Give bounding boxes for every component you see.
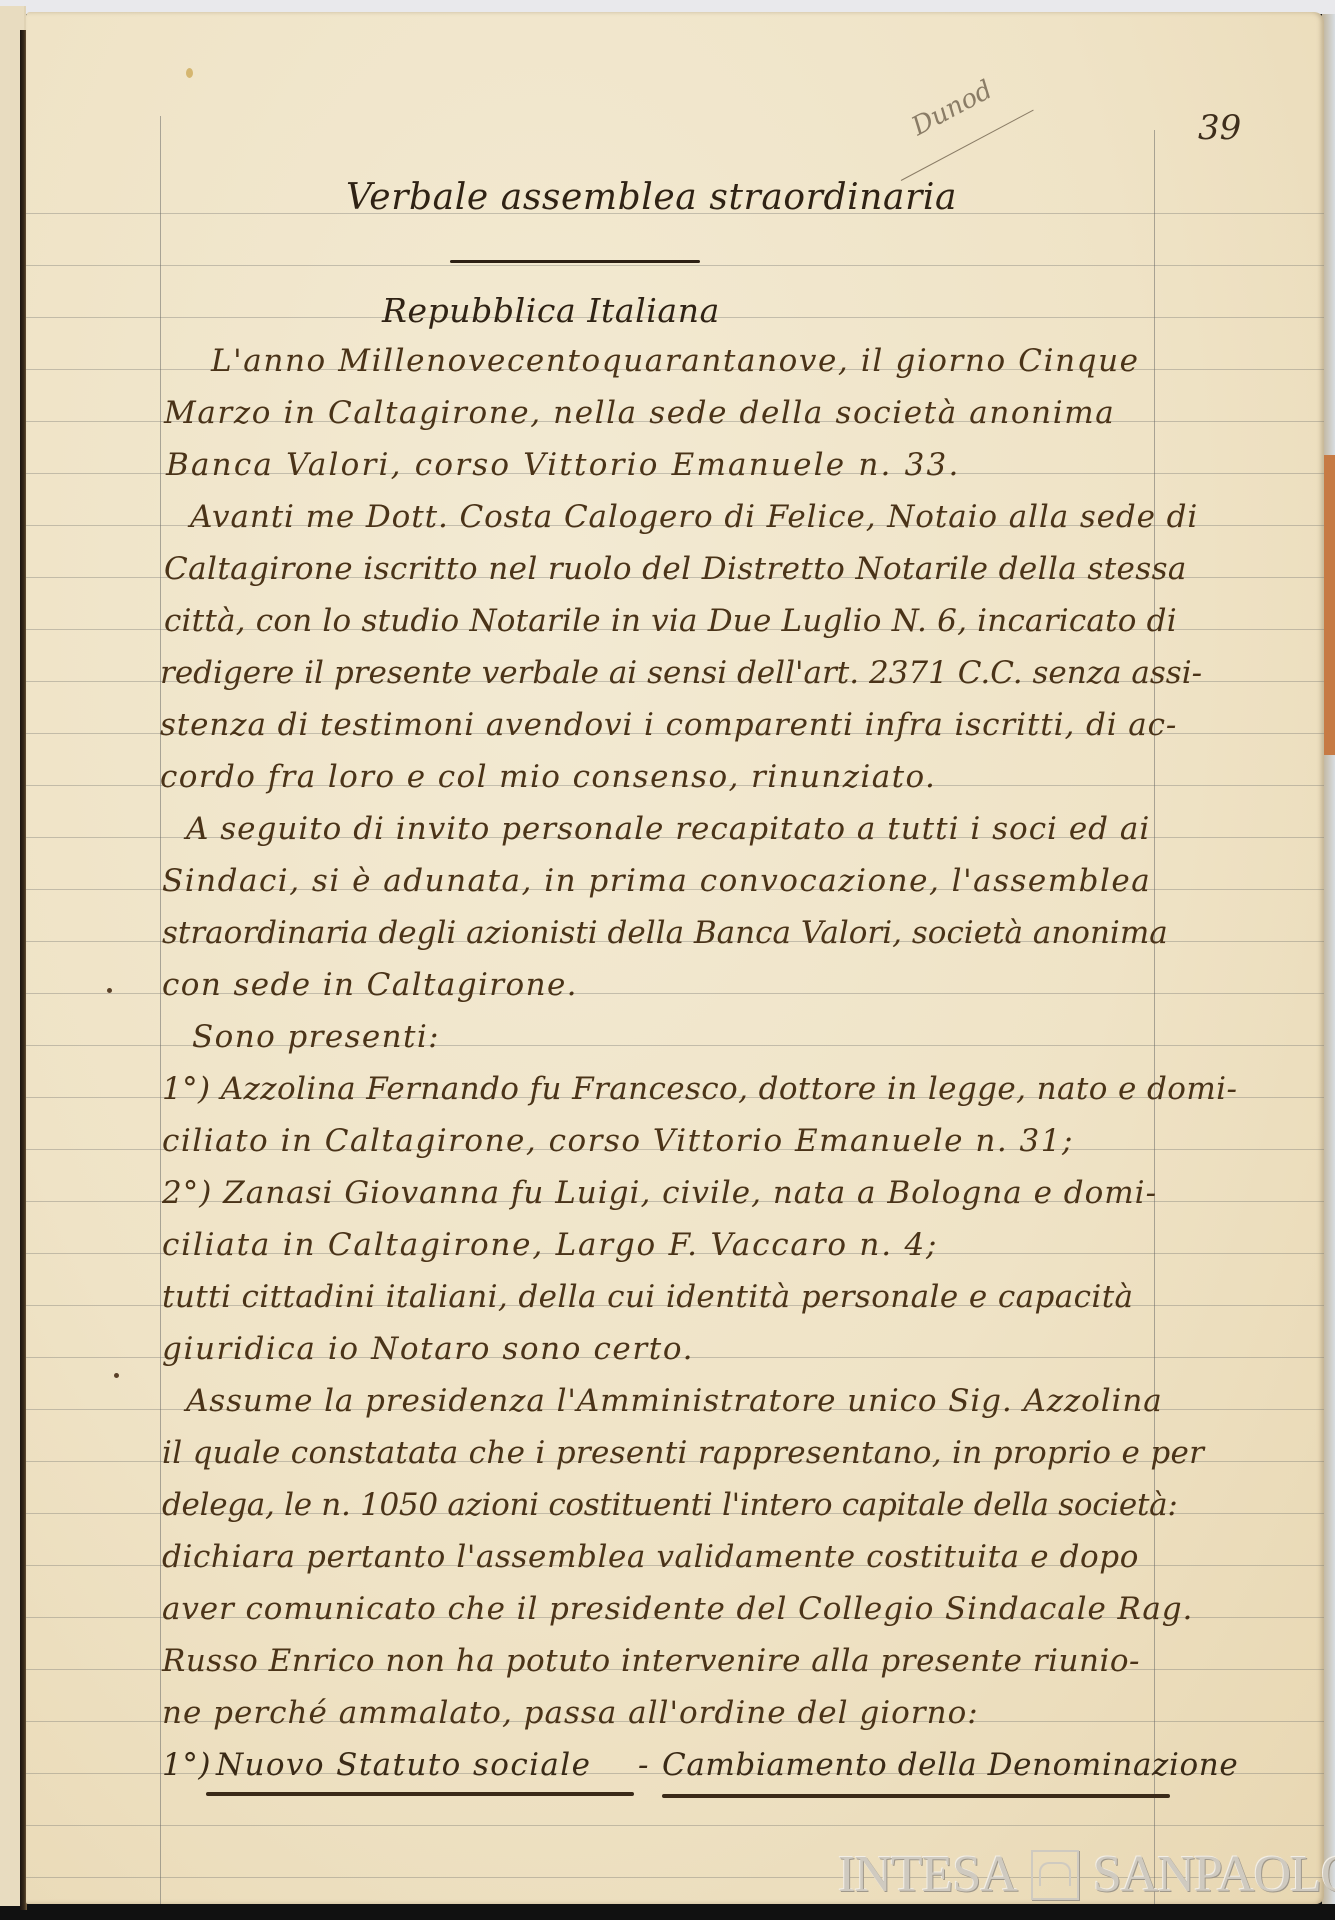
text-line: A seguito di invito personale recapitato…	[186, 814, 1150, 845]
agenda-item-subtitle: Cambiamento della Denominazione	[662, 1750, 1238, 1781]
text-line: stenza di testimoni avendovi i comparent…	[160, 710, 1177, 741]
text-line: Sindaci, si è adunata, in prima convocaz…	[162, 866, 1151, 897]
watermark-left-text: INTESA	[838, 1845, 1017, 1904]
text-line: ciliato in Caltagirone, corso Vittorio E…	[162, 1126, 1074, 1157]
agenda-item-title: Nuovo Statuto sociale	[216, 1750, 591, 1781]
agenda-separator: -	[638, 1750, 649, 1781]
ink-dot	[114, 1373, 119, 1378]
bank-logo-icon	[1031, 1850, 1079, 1900]
text-line: Russo Enrico non ha potuto intervenire a…	[162, 1646, 1140, 1677]
left-margin-line	[160, 116, 161, 1904]
text-line: Marzo in Caltagirone, nella sede della s…	[164, 398, 1115, 429]
watermark-right-text: SANPAOLO	[1093, 1845, 1335, 1904]
right-margin-line	[1154, 130, 1155, 1904]
text-line: aver comunicato che il presidente del Co…	[162, 1594, 1193, 1625]
text-line: redigere il presente verbale ai sensi de…	[160, 658, 1202, 689]
text-line: delega, le n. 1050 azioni costituenti l'…	[162, 1490, 1177, 1521]
ruled-line	[26, 265, 1324, 266]
text-line: Avanti me Dott. Costa Calogero di Felice…	[190, 502, 1198, 533]
text-line: tutti cittadini italiani, della cui iden…	[162, 1282, 1133, 1313]
text-line: ne perché ammalato, passa all'ordine del…	[162, 1698, 979, 1729]
text-line: Banca Valori, corso Vittorio Emanuele n.…	[166, 450, 961, 481]
text-line: 2°) Zanasi Giovanna fu Luigi, civile, na…	[162, 1178, 1157, 1209]
ruled-line	[26, 1825, 1324, 1826]
ink-stain	[186, 68, 193, 78]
ink-dot	[107, 988, 112, 993]
text-line: Assume la presidenza l'Amministratore un…	[186, 1386, 1163, 1417]
text-line: cordo fra loro e col mio consenso, rinun…	[160, 762, 936, 793]
page-number: 39	[1198, 108, 1241, 148]
pencil-annotation: Dunod	[907, 75, 998, 142]
text-line: Sono presenti:	[192, 1022, 440, 1053]
text-line: straordinaria degli azionisti della Banc…	[162, 918, 1168, 949]
title-rule	[450, 260, 700, 263]
ledger-page: Dunod 39 Verbale assemblea straordinaria…	[26, 12, 1324, 1904]
text-line: con sede in Caltagirone.	[162, 970, 578, 1001]
text-line: L'anno Millenovecentoquarantanove, il gi…	[211, 346, 1140, 377]
agenda-subtitle-underline	[662, 1794, 1170, 1798]
document-heading: Repubblica Italiana	[382, 294, 720, 327]
text-line: giuridica io Notaro sono certo.	[162, 1334, 694, 1365]
text-line: città, con lo studio Notarile in via Due…	[164, 606, 1177, 637]
agenda-item-number: 1°)	[162, 1750, 211, 1781]
text-line: 1°) Azzolina Fernando fu Francesco, dott…	[162, 1074, 1237, 1105]
text-line: il quale constatata che i presenti rappr…	[162, 1438, 1204, 1469]
text-line: Caltagirone iscritto nel ruolo del Distr…	[164, 554, 1187, 585]
text-line: dichiara pertanto l'assemblea validament…	[162, 1542, 1139, 1573]
agenda-title-underline	[206, 1792, 634, 1796]
text-line: ciliata in Caltagirone, Largo F. Vaccaro…	[162, 1230, 938, 1261]
intesa-sanpaolo-watermark: INTESA SANPAOLO	[838, 1845, 1335, 1904]
document-title: Verbale assemblea straordinaria	[346, 180, 957, 216]
